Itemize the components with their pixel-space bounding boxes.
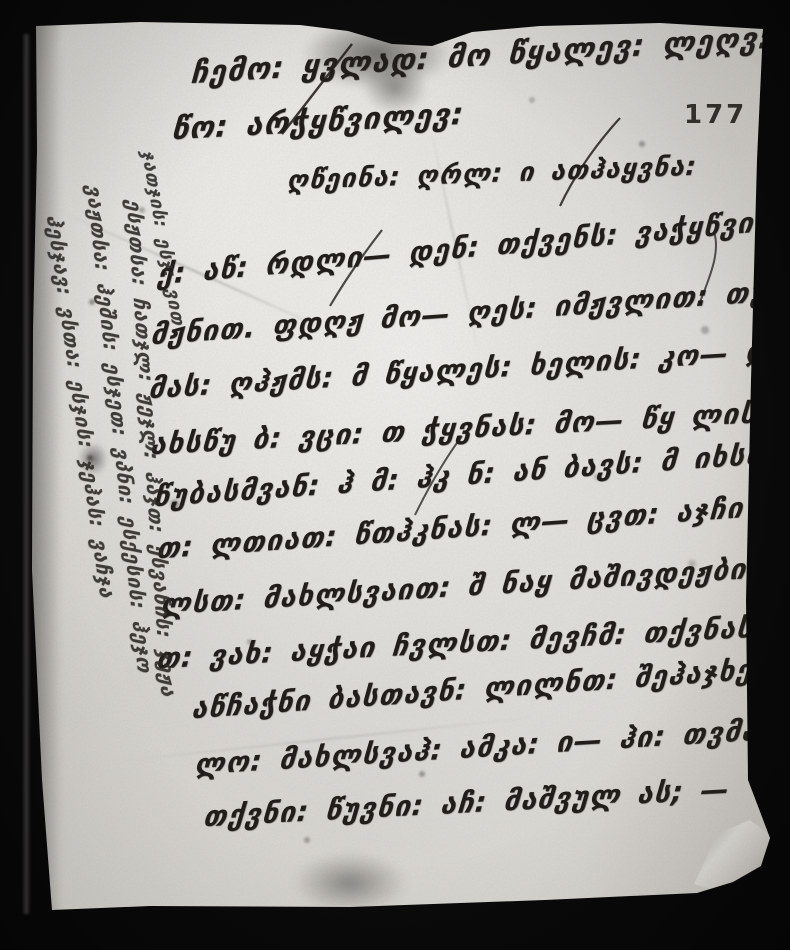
book-gutter-edge [22,34,30,914]
paper-vignette [0,0,790,950]
paper-specks [0,0,4,4]
scanned-manuscript-page: 177 ჩემო: ყვლად: მო წყალევ: ლეღვ: პატ წო… [0,0,790,950]
manuscript-paper: 177 ჩემო: ყვლად: მო წყალევ: ლეღვ: პატ წო… [0,0,790,950]
